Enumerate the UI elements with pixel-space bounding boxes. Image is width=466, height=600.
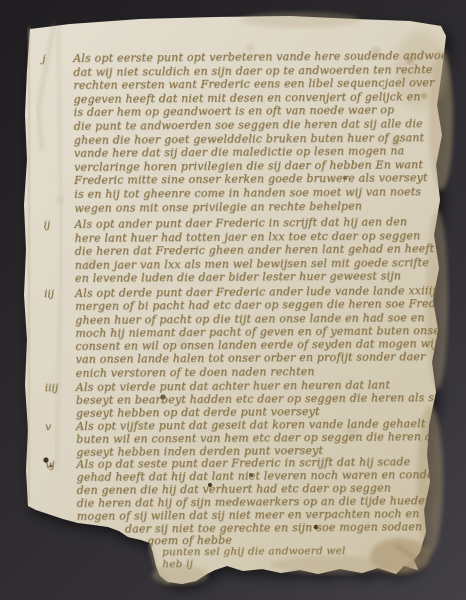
paragraph-number: iiij: [45, 382, 71, 394]
manuscript-paragraph: Als opt derde punt daer Frederic ander l…: [75, 284, 456, 380]
manuscript-paragraph: Als opt ander punt daer Frederic in scri…: [74, 215, 455, 286]
manuscript-photo: j ij iij iiij v vj Als opt eerste punt o…: [0, 0, 466, 600]
closing-note: punten sel ghij die andwoerd wel heb ij: [162, 545, 346, 570]
manuscript-paragraph: Als opt vijfste punt dat geseit dat kore…: [76, 417, 456, 459]
paragraph-number: v: [45, 421, 71, 433]
manuscript-line: heb ij: [162, 557, 346, 570]
paragraph-number: j: [42, 53, 68, 65]
handwriting-layer: j ij iij iiij v vj Als opt eerste punt o…: [0, 0, 466, 600]
manuscript-paragraph: Als opt vierde punt dat achter huer en h…: [76, 378, 456, 420]
paragraph-number: ij: [43, 219, 69, 231]
paragraph-number: vj: [45, 459, 71, 471]
manuscript-paragraph: Als opt eerste punt opt verbeteren vande…: [73, 49, 454, 215]
manuscript-line: wegen ons mit onse privilegie an rechte …: [74, 198, 454, 215]
manuscript-paragraph: Als op dat seste punt daer Frederic in s…: [76, 456, 457, 549]
paragraph-number: iij: [44, 288, 70, 300]
